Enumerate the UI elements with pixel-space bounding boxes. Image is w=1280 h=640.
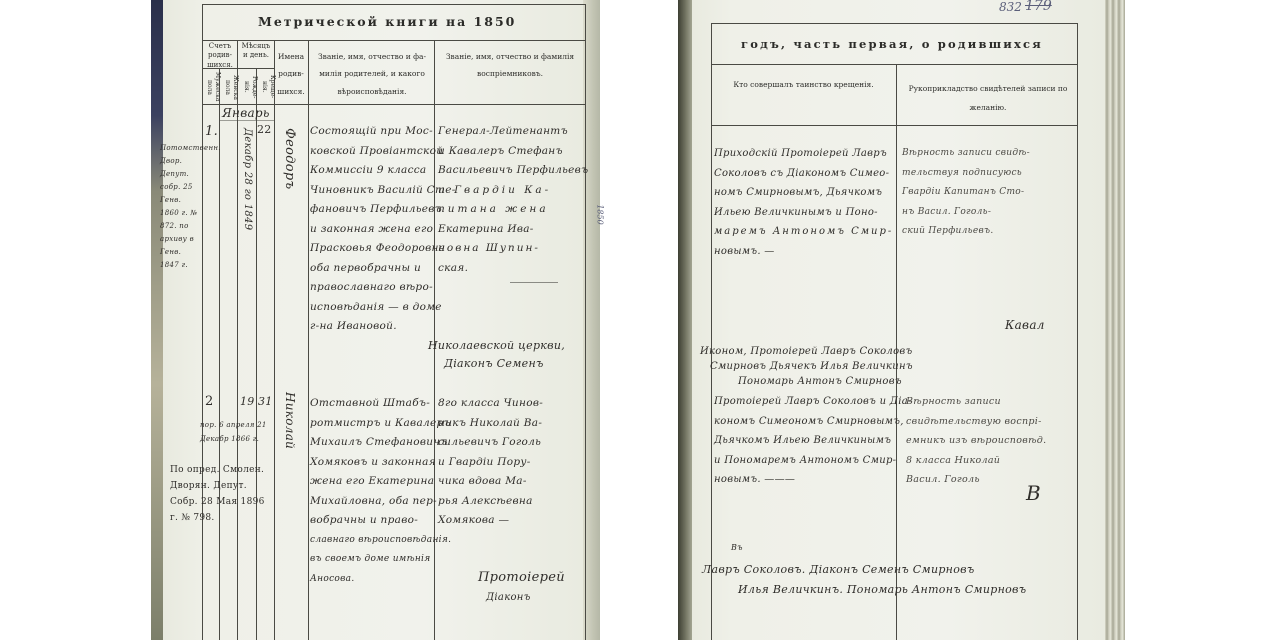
entry-1-church-note-2: Діаконъ Семенъ — [444, 354, 544, 374]
table-title-bottom-border — [202, 40, 586, 41]
text-line: Аносова. — [310, 570, 451, 590]
clergy-signature-block-2: Лавръ Соколовъ. Діаконъ Семенъ Смирновъ … — [702, 560, 990, 600]
text-line: Вѣрность записи свидѣ- — [902, 144, 1030, 164]
text-line: тельствуя подписуюсь — [902, 164, 1030, 184]
text-line: Пономарь Антонъ Смирновъ — [738, 374, 950, 389]
table-header-bottom-border — [711, 125, 1078, 126]
table-right-border — [1077, 23, 1078, 640]
entry-1-witnesses: Вѣрность записи свидѣ- тельствуя подпису… — [902, 144, 1030, 242]
text-line: въ своемъ доме имѣнія — [310, 550, 451, 570]
text-line: исповѣданія — в доме — [310, 298, 456, 318]
col-divider — [256, 68, 257, 640]
text-line: ковской Провіантской — [310, 142, 456, 162]
text-line: г-на Ивановой. — [310, 317, 456, 337]
small-mark: Въ — [731, 538, 743, 558]
entry-2-parents: Отставной Штабъ- ротмистръ и Кавалеръ Ми… — [310, 394, 451, 589]
text-line: Приходскій Протоіерей Лавръ — [714, 144, 893, 164]
table-top-border — [711, 23, 1078, 24]
text-line: Состоящій при Мос- — [310, 122, 456, 142]
header-names: Имена родив-шихся. — [276, 48, 306, 100]
entry-2-birth-day: 19 — [240, 392, 255, 412]
header-baptism: Креще-нія. — [260, 72, 276, 102]
header-godparents: Званіе, имя, отчество и фамилія воспріем… — [438, 48, 582, 83]
text-line: 8го класса Чинов- — [438, 394, 543, 414]
text-line: и законная жена его — [310, 220, 456, 240]
text-line: Прасковья Феодоровна — [310, 239, 456, 259]
text-line: Смирновъ Дьячекъ Илья Величкинъ — [710, 359, 922, 374]
header-birth: Рожде-нія. — [242, 72, 258, 102]
book-gutter — [678, 0, 692, 640]
text-line: питана жена — [438, 200, 588, 220]
text-line: Хомяковъ и законная — [310, 453, 451, 473]
table-left-border — [202, 4, 203, 640]
text-line: и Пономаремъ Антономъ Смир- — [714, 451, 912, 471]
register-title-continued: годъ, часть первая, о родившихся — [741, 37, 1043, 51]
table-top-border — [202, 4, 586, 5]
text-line: Генерал-Лейтенантъ — [438, 122, 588, 142]
entry-2-performer: Протоіерей Лавръ Соколовъ и Діа- кономъ … — [714, 392, 912, 490]
entry-2-child-name: Николай — [281, 392, 299, 449]
text-line: сильевичъ Гоголь — [438, 433, 543, 453]
text-line: новна Шупин- — [438, 239, 588, 259]
text-line: новымъ. ——— — [714, 470, 912, 490]
text-line: вобрачны и право- — [310, 511, 451, 531]
book-backdrop — [151, 0, 163, 640]
clergy-signature-block-1: Иконом, Протоіерей Лавръ Соколовъ Смирно… — [700, 344, 912, 389]
text-line: Лавръ Соколовъ. Діаконъ Семенъ Смирновъ — [702, 560, 990, 580]
text-line: нъ Васил. Гоголь- — [902, 203, 1030, 223]
text-line: Ильею Величкинымъ и Поно- — [714, 203, 893, 223]
header-count-male: Мужеска пола — [205, 72, 221, 102]
witness-sign: Кавал — [1005, 316, 1045, 336]
text-line: православнаго вѣро- — [310, 278, 456, 298]
entry-1-margin-note: Потомственн. Двор. Депут. собр. 25 Генв.… — [160, 142, 200, 272]
text-line: маремъ Антономъ Смир- — [714, 222, 893, 242]
text-line: и Кавалеръ Стефанъ — [438, 142, 588, 162]
underline-stroke — [510, 282, 558, 283]
text-line: фановичъ Перфильевъ — [310, 200, 456, 220]
text-line: ская. — [438, 259, 588, 279]
text-line: Гвардіи Капитанъ Сто- — [902, 183, 1030, 203]
text-line: Иконом, Протоіерей Лавръ Соколовъ — [700, 344, 912, 359]
text-line: славнаго вѣроисповѣданія. — [310, 531, 451, 551]
text-line: чика вдова Ма- — [438, 472, 543, 492]
text-line: и Гвардіи Ка- — [438, 181, 588, 201]
header-witnesses: Рукоприкладство свидѣтелей записи по жел… — [904, 80, 1072, 118]
entry-2-godparents: 8го класса Чинов- никъ Николай Ва- силье… — [438, 394, 543, 531]
text-line: ский Перфильевъ. — [902, 222, 1030, 242]
text-line: Протоіерей Лавръ Соколовъ и Діа- — [714, 392, 912, 412]
header-performer: Кто совершалъ таинство крещенія. — [716, 80, 891, 90]
col-divider — [219, 68, 220, 640]
text-line: никъ Николай Ва- — [438, 414, 543, 434]
text-line: Екатерина Ива- — [438, 220, 588, 240]
entry-1-performer: Приходскій Протоіерей Лавръ Соколовъ съ … — [714, 144, 893, 261]
col-divider — [274, 40, 275, 640]
edge-pencil-note: 1850 — [596, 204, 605, 224]
text-line: Михайловна, оба пер- — [310, 492, 451, 512]
entry-1-church-note: Николаевской церкви, — [428, 336, 565, 356]
entry-2-baptism-day: 31 — [258, 392, 273, 412]
entry-2-margin-note-1: пор. 6 апреля 21 Декабр 1866 г. — [200, 418, 276, 446]
header-month-day: Мѣсяцъ и день. — [239, 42, 273, 61]
text-line: Отставной Штабъ- — [310, 394, 451, 414]
folio-number-crossed: 179 — [1025, 0, 1052, 14]
text-line: 8 класса Николай — [906, 451, 1046, 471]
register-title: Метрической книги на 1850 — [258, 14, 516, 29]
text-line: Вѣрность записи — [906, 392, 1046, 412]
entry-1-parents: Состоящій при Мос- ковской Провіантской … — [310, 122, 456, 337]
text-line: номъ Смирновымъ, Дьячкомъ — [714, 183, 893, 203]
header-count-female: Женска пола — [223, 72, 239, 102]
table-title-bottom-border — [711, 64, 1078, 65]
col-divider — [237, 40, 238, 640]
text-line: Михаилъ Стефановичъ — [310, 433, 451, 453]
col-divider — [308, 40, 309, 640]
header-count-born: Счетъ родив-шихся. — [204, 42, 236, 70]
text-line: Илья Величкинъ. Пономарь Антонъ Смирновъ — [738, 580, 1026, 600]
text-line: Чиновникъ Василій Сте- — [310, 181, 456, 201]
entry-1-child-name: Феодоръ — [280, 128, 298, 189]
entry-2-witnesses: Вѣрность записи свидѣтельствую воспрі- е… — [906, 392, 1046, 490]
text-line: новымъ. — — [714, 242, 893, 262]
text-line: кономъ Симеономъ Смирновымъ, — [714, 412, 912, 432]
table-left-border — [711, 23, 712, 640]
entry-1-number: 1. — [205, 122, 218, 142]
text-line: емникъ изъ вѣроисповѣд. — [906, 431, 1046, 451]
folio-number: 832 — [999, 0, 1022, 14]
entry-1-birth-day: 22 — [257, 120, 272, 140]
right-page-edge — [1105, 0, 1125, 640]
text-line: Дьячкомъ Ильею Величкинымъ — [714, 431, 912, 451]
text-line: рья Алексѣевна — [438, 492, 543, 512]
table-right-border — [585, 4, 586, 640]
text-line: жена его Екатерина — [310, 472, 451, 492]
signature-deacon: Діаконъ — [486, 588, 531, 608]
text-line: Хомякова — — [438, 511, 543, 531]
entry-2-number: 2 — [205, 392, 214, 412]
entry-1-godparents: Генерал-Лейтенантъ и Кавалеръ Стефанъ Ва… — [438, 122, 588, 278]
text-line: Коммиссіи 9 класса — [310, 161, 456, 181]
entry-1-birth-note: Декабр 28 го 1849 — [239, 128, 255, 230]
text-line: и Гвардіи Пору- — [438, 453, 543, 473]
header-parents: Званіе, имя, отчество и фа-милія родител… — [315, 48, 429, 100]
text-line: Васильевичъ Перфильевъ — [438, 161, 588, 181]
entry-2-margin-note-2: По опред. Смолен. Дворян. Депут. Собр. 2… — [170, 462, 274, 526]
text-line: свидѣтельствую воспрі- — [906, 412, 1046, 432]
witness-mark: В — [1026, 484, 1041, 504]
text-line: ротмистръ и Кавалеръ — [310, 414, 451, 434]
text-line: оба первобрачны и — [310, 259, 456, 279]
text-line: Соколовъ съ Діакономъ Симео- — [714, 164, 893, 184]
signature-archpriest: Протоіерей — [478, 568, 565, 588]
